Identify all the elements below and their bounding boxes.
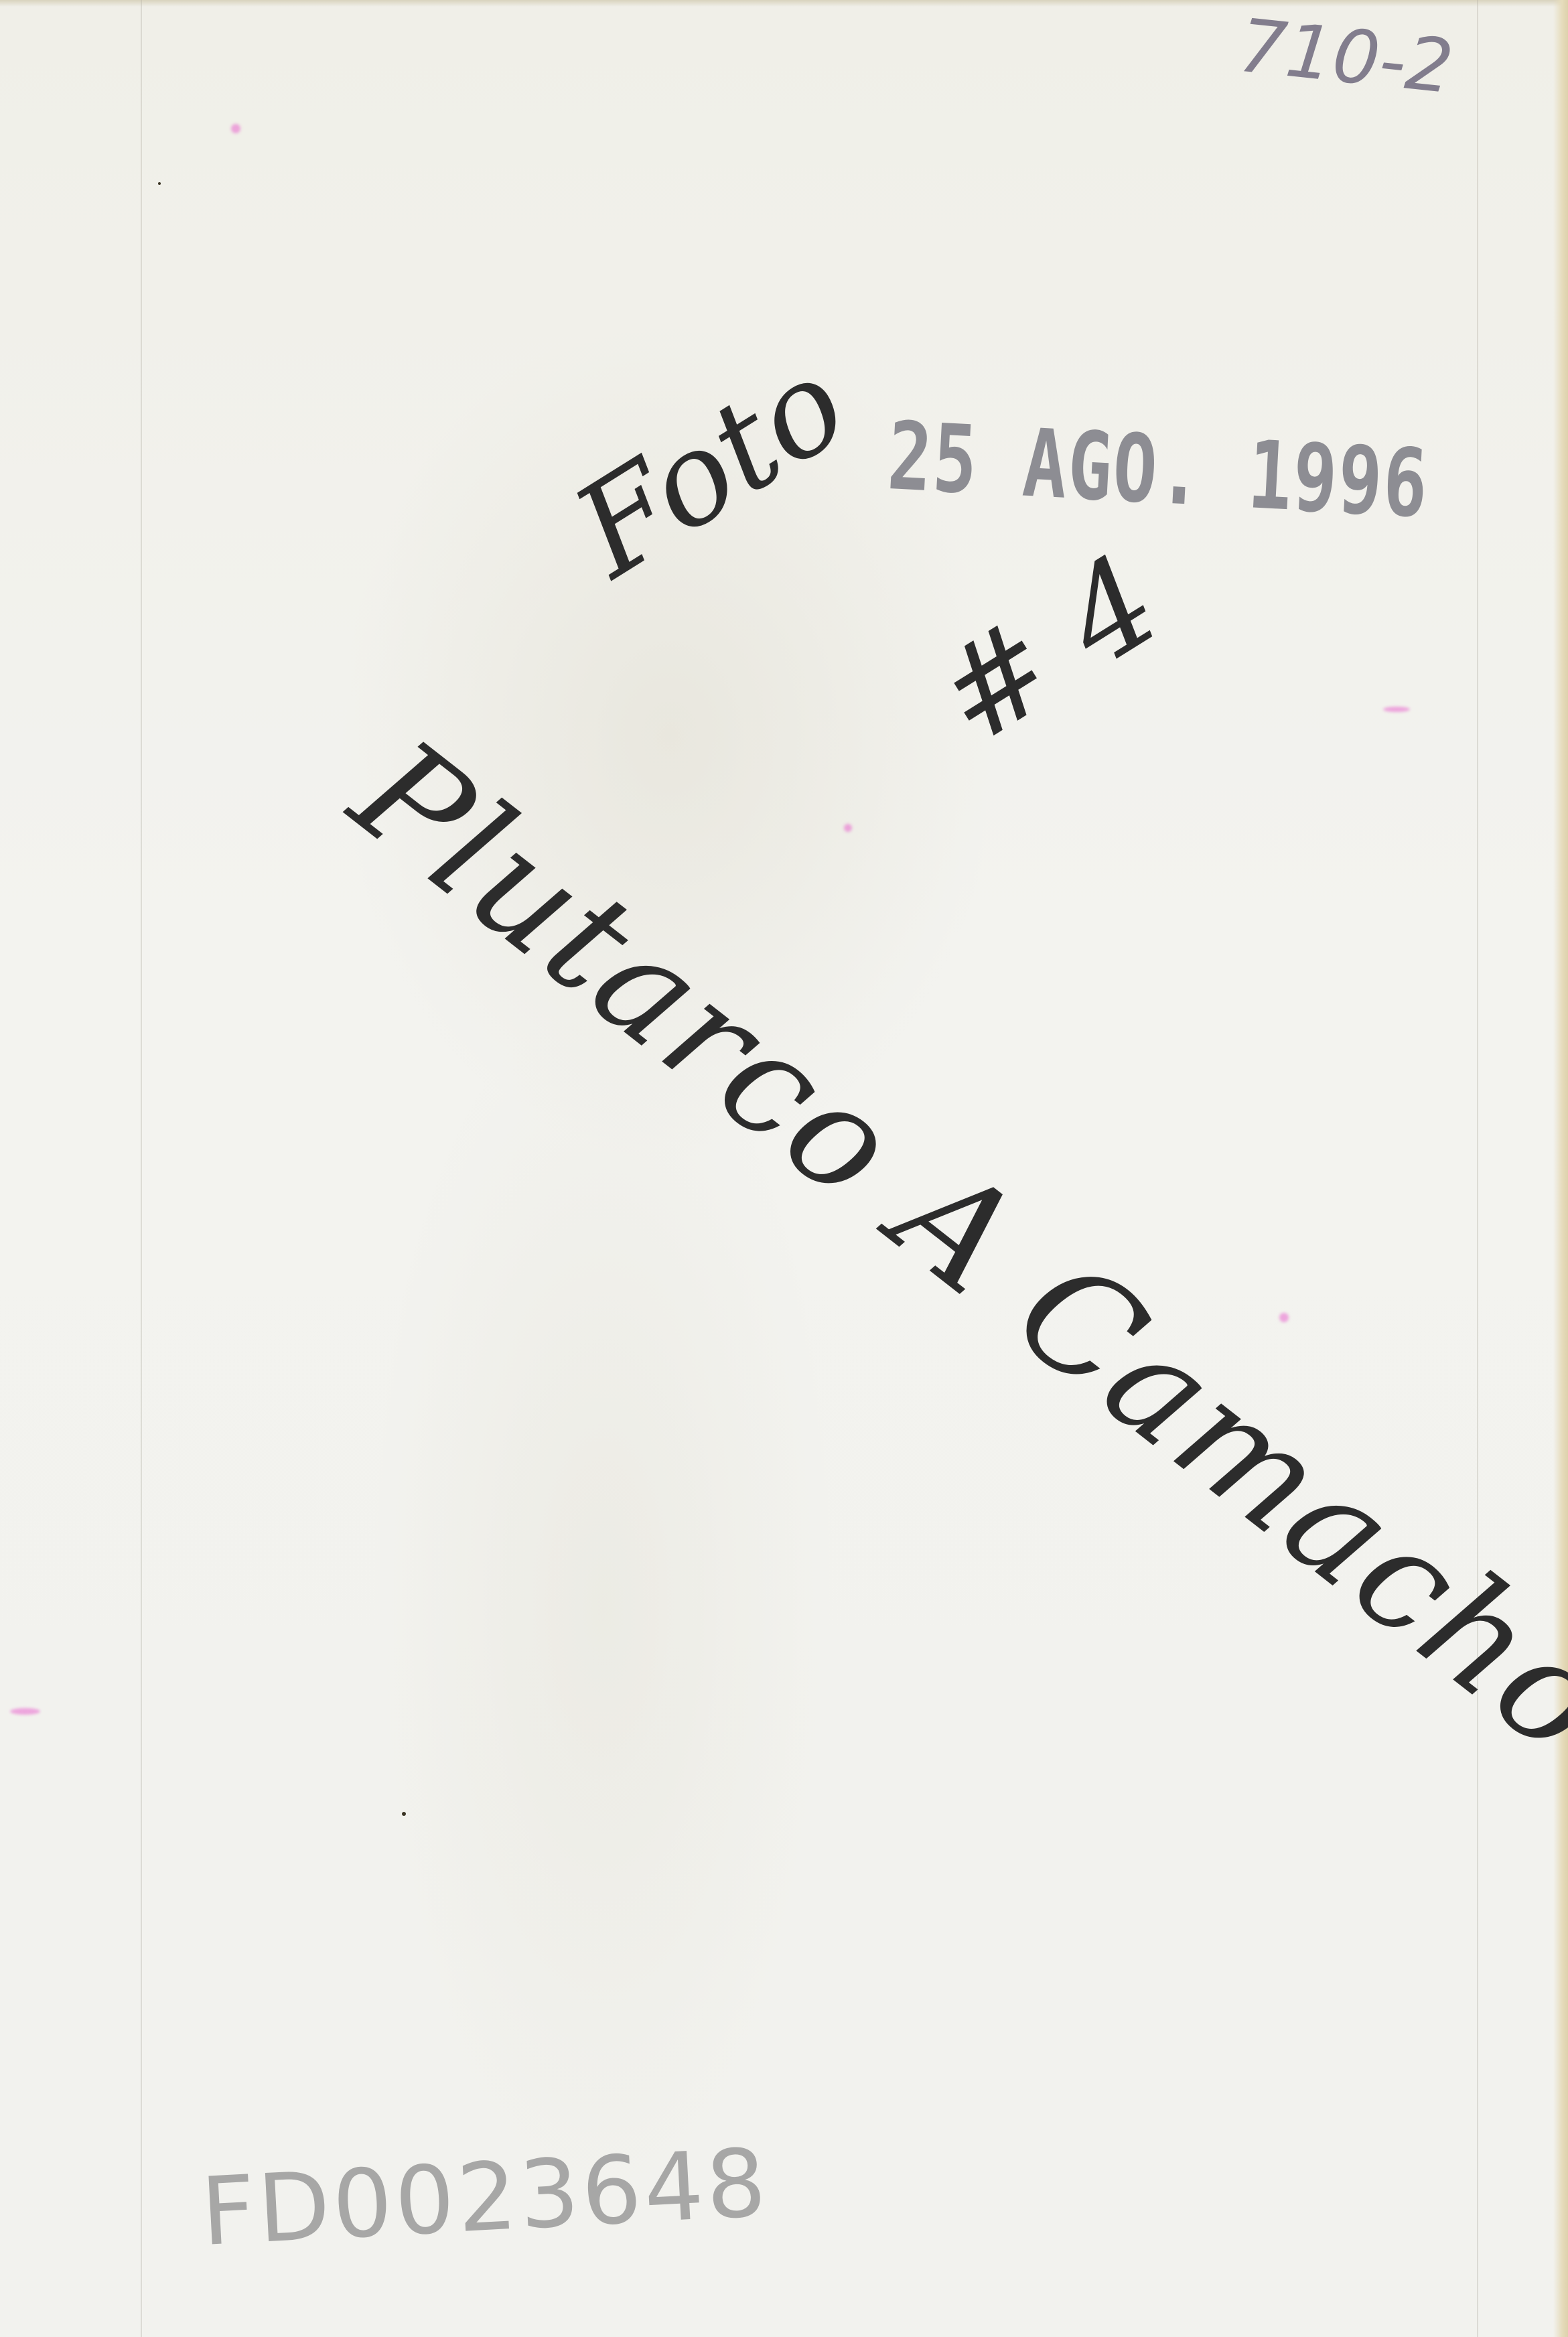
scan-line [141, 0, 142, 2337]
photo-number-handwritten: # 4 [912, 526, 1184, 773]
photo-back-sheet: 710-2 25 AGO. 1996 Foto # 4 Plutarco A C… [0, 0, 1568, 2337]
archive-reference: 710-2 [1235, 3, 1457, 111]
date-stamp: 25 AGO. 1996 [885, 402, 1431, 539]
debris-speck [402, 1812, 406, 1816]
photo-label-handwritten: Foto [550, 329, 871, 606]
marker-stain [231, 124, 240, 133]
marker-stain [1383, 707, 1410, 712]
marker-stain [844, 824, 852, 832]
marker-stain [1279, 1313, 1289, 1322]
catalog-number: FD0023648 [198, 2129, 771, 2267]
signature-handwritten: Plutarco A Camacho [324, 708, 1568, 1787]
right-edge-yellowed [1553, 0, 1568, 2337]
top-edge [0, 0, 1568, 7]
scan-line [1477, 0, 1478, 2337]
marker-stain [10, 1708, 40, 1715]
debris-speck [158, 182, 161, 185]
